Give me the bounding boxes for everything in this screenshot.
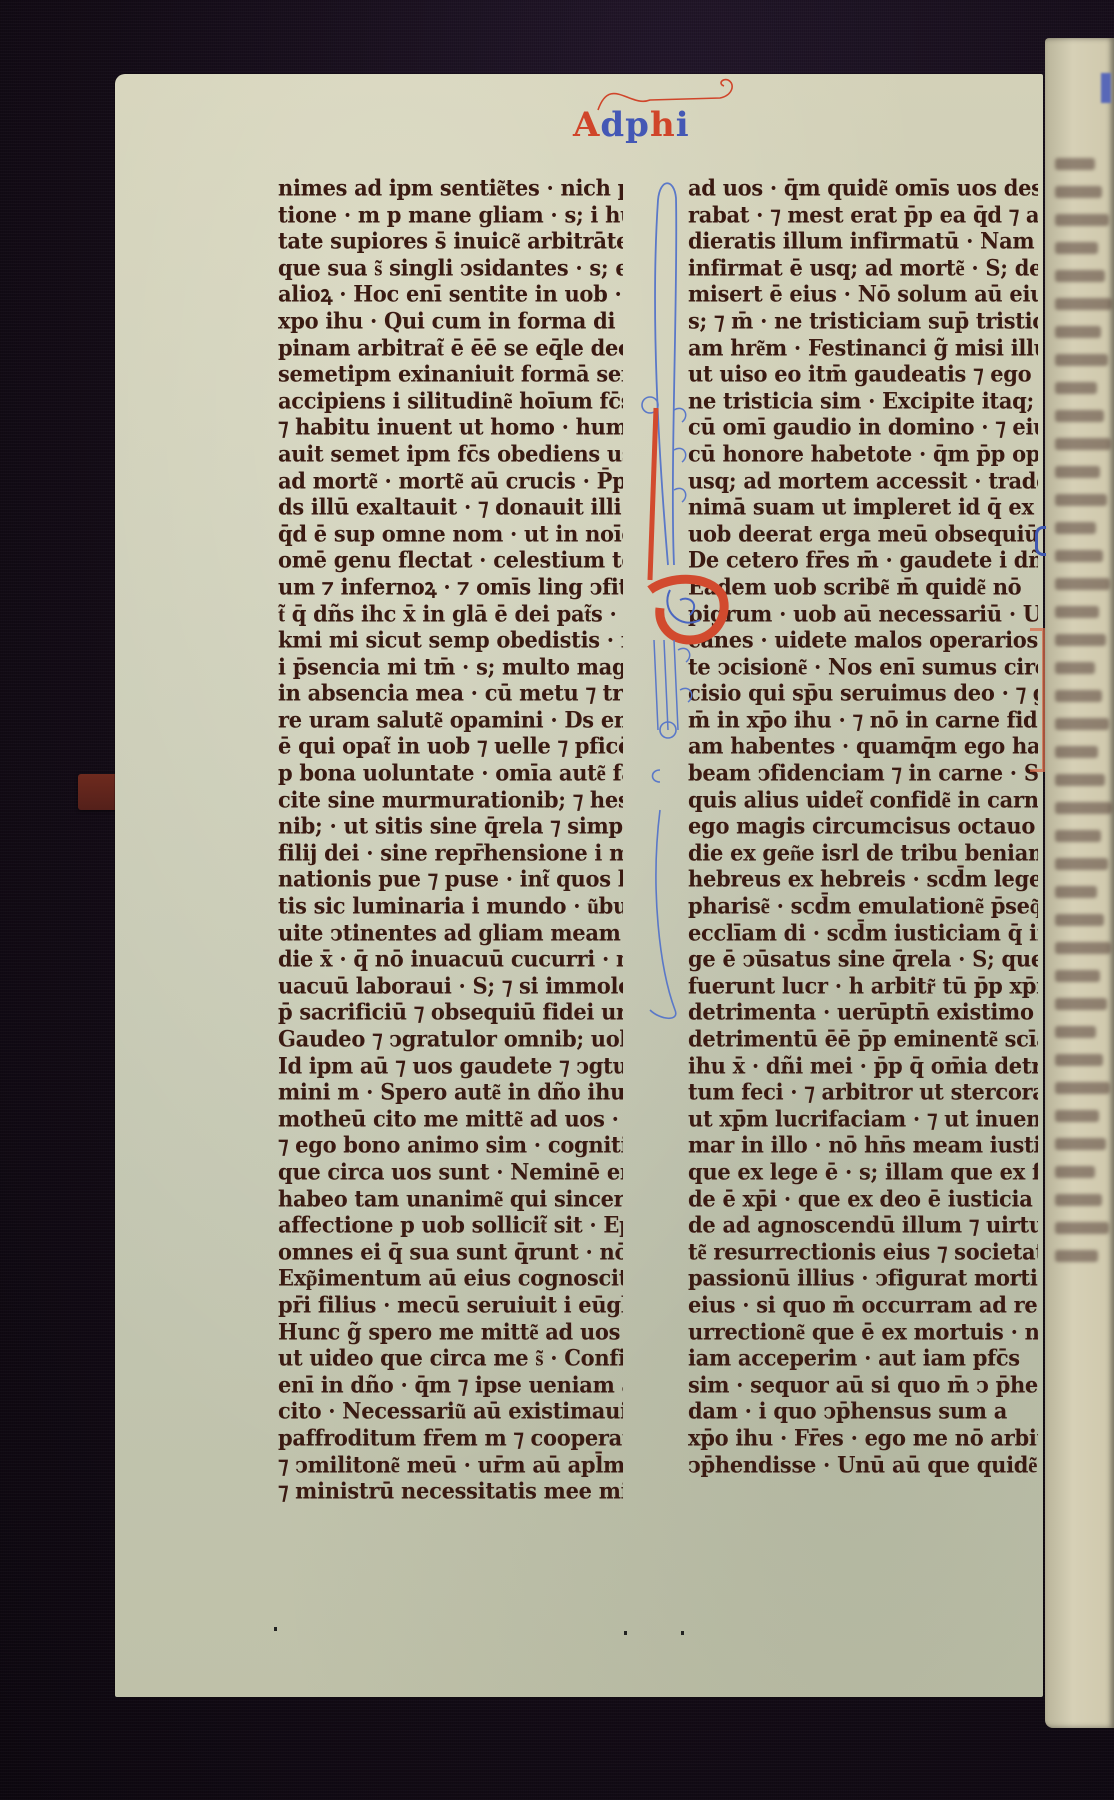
text-line: pinam arbitrat͂ ē ēē se eq̄le deo · sed — [278, 334, 623, 362]
text-line: m̄ in xp̄o ihu · ⁊ nō in carne fidu — [688, 706, 1038, 734]
header-letter: A — [573, 105, 600, 145]
facing-leaf-text-line — [1055, 494, 1107, 506]
text-line: Eadem uob scribe͂ m̄ quide͂ nō — [688, 573, 1038, 601]
text-line: in absencia mea · cū metu ⁊ tremo — [278, 679, 623, 707]
facing-leaf-text-line — [1055, 970, 1100, 982]
decorated-initial-d — [630, 170, 740, 1030]
text-line: canes · uidete malos operarios · uide — [688, 626, 1038, 654]
text-line: ē qui opat͂ in uob ⁊ uelle ⁊ pficē — [278, 733, 623, 761]
text-line: passionū illius · ↄfigurat morti — [688, 1265, 1038, 1293]
text-line: filij dei · sine repr̄hensione i medio — [278, 839, 623, 867]
text-line: i p̄sencia mi tm̄ · s; multo magis nc — [278, 653, 623, 681]
text-line: q̄d ē sup omne nom · ut in noīe ihu — [278, 520, 623, 548]
facing-leaf-text-line — [1055, 1110, 1099, 1122]
text-line: ad uos · q̄m quide͂ omīs uos deside — [688, 174, 1038, 202]
text-line: uite ↄtinentes ad gliam meam i — [278, 919, 623, 947]
text-line: detrimenta · uerūptn̄ existimo om̄a — [688, 999, 1038, 1027]
facing-leaf-text-line — [1055, 690, 1102, 702]
text-line: omē genu flectat · celestium terrest — [278, 547, 623, 575]
text-line: um ⁊ infernoꝝ · ⁊ omīs ling ↄfitea — [278, 573, 623, 601]
text-line: am habentes · quamq̄m ego ha — [688, 733, 1038, 761]
text-line: De cetero fr̄es m̄ · gaudete i dño — [688, 547, 1038, 575]
text-line: ego magis circumcisus octauo — [688, 812, 1038, 840]
text-line: re uram salute͂ opamini · Ds enī — [278, 706, 623, 734]
text-line: ⁊ ministrū necessitatis mee mitte͂ — [278, 1477, 623, 1505]
facing-leaf-text-line — [1055, 1194, 1102, 1206]
text-line: uacuū laboraui · S; ⁊ si immolor su — [278, 972, 623, 1000]
blue-paragraph-mark — [1035, 526, 1046, 556]
text-line: usq; ad mortem accessit · tradens a — [688, 467, 1038, 495]
text-line: sim · sequor aū si quo m̄ ↄ p̄he — [688, 1371, 1038, 1399]
text-line: ut uideo que circa me s͂ · Confido — [278, 1344, 623, 1372]
facing-leaf-text-line — [1055, 774, 1105, 786]
text-line: die x̄ · q̄ nō inuacuū cucurri · n; in — [278, 945, 623, 973]
text-line: de ad agnoscendū illum ⁊ uirtu — [688, 1211, 1038, 1239]
text-line: p bona uoluntate · omīa aute͂ fa — [278, 759, 623, 787]
text-line: eius · si quo m̄ occurram ad res — [688, 1291, 1038, 1319]
text-line: de ē xp̄i · que ex deo ē iusticia i fi — [688, 1185, 1038, 1213]
facing-leaf-text-line — [1055, 522, 1096, 534]
text-line: beam ↄfidenciam ⁊ in carne · Si — [688, 759, 1038, 787]
facing-leaf-text-line — [1055, 550, 1103, 562]
text-line: quis alius uidet͂ confide͂ in carne — [688, 786, 1038, 814]
header-letter: h — [650, 105, 676, 145]
text-line: iam acceperim · aut iam pfc̄s — [688, 1344, 1038, 1372]
text-line: t͂ q̄ dñs ihc x̄ in glā ē dei pat͂s · It… — [278, 600, 623, 628]
text-line: misert ē eius · Nō solum aū eius — [688, 281, 1038, 309]
text-line: ecclīam di · scd̄m iusticiam q̄ in le — [688, 919, 1038, 947]
text-line: auit semet ipm fc̄s obediens usq; — [278, 440, 623, 468]
facing-leaf-text-line — [1055, 438, 1111, 450]
text-line: cisio qui sp̄u seruimus deo · ⁊ glā — [688, 679, 1038, 707]
text-line: die ex gen͂e isrl de tribu beniamin — [688, 839, 1038, 867]
text-line: affectione p uob sollicit͂ sit · Ep — [278, 1211, 623, 1239]
facing-leaf-text-line — [1055, 662, 1095, 674]
facing-leaf-text-line — [1055, 466, 1100, 478]
text-line: fuerunt lucr · h arbitr͂ tū p̄p xp̄m — [688, 972, 1038, 1000]
facing-leaf-text-line — [1055, 214, 1109, 226]
text-line: ihu x̄ · dñi mei · p̄p q̄ om̄ia detrim͂e — [688, 1052, 1038, 1080]
text-line: hebreus ex hebreis · scd̄m legem — [688, 866, 1038, 894]
text-line: alioꝝ · Hoc enī sentite in uob · q̄ ↄ i — [278, 281, 623, 309]
prick-mark — [624, 1631, 627, 1635]
text-line: pigrum · uob aū necessariū · Uidete — [688, 600, 1038, 628]
text-line: s; ⁊ m̄ · ne tristiciam sup̄ tristici — [688, 307, 1038, 335]
text-line: tis sic luminaria i mundo · u͂bum — [278, 892, 623, 920]
facing-leaf-text-line — [1055, 242, 1098, 254]
text-line: Hunc g̃ spero me mitte͂ ad uos mox — [278, 1318, 623, 1346]
left-text-column: nimes ad ipm sentie͂tes · nich p co͂te-t… — [278, 175, 623, 1505]
text-line: nationis pue ⁊ puse · int͂ quos luce — [278, 866, 623, 894]
facing-leaf-text-line — [1055, 1222, 1109, 1234]
prick-mark — [274, 1627, 277, 1631]
text-line: Exp͂imentum aū eius cognoscite · q̄n sic — [278, 1265, 623, 1293]
text-line: ut xp̄m lucrifaciam · ⁊ ut inuenia — [688, 1105, 1038, 1133]
text-line: nimā suam ut impleret id q̄ ex — [688, 493, 1038, 521]
facing-leaf-text-line — [1055, 270, 1105, 282]
text-line: Gaudeo ⁊ ↄgratulor omnib; uob — [278, 1025, 623, 1053]
facing-leaf-text-line — [1055, 354, 1108, 366]
right-text-column: ad uos · q̄m quide͂ omīs uos desiderabat… — [688, 175, 1038, 1478]
facing-leaf-text-line — [1055, 1082, 1110, 1094]
facing-leaf-text-line — [1055, 746, 1098, 758]
text-line: tum feci · ⁊ arbitror ut stercora — [688, 1078, 1038, 1106]
text-line: nib; · ut sitis sine q̄rela ⁊ simplice͂ — [278, 812, 623, 840]
facing-leaf-text-line — [1055, 298, 1112, 310]
facing-leaf-text-line — [1055, 1138, 1106, 1150]
header-letter: p — [625, 105, 650, 145]
text-line: te ↄcisione͂ · Nos enī sumus circū — [688, 653, 1038, 681]
facing-leaf-text-line — [1055, 634, 1106, 646]
facing-leaf-text-line — [1055, 858, 1108, 870]
text-line: mar in illo · nō hn̄s meam iusticia͂ — [688, 1132, 1038, 1160]
facing-leaf-text-line — [1055, 186, 1102, 198]
header-letter: i — [676, 105, 690, 145]
text-line: semetipm exinaniuit formā serui — [278, 360, 623, 388]
text-line: ⁊ ego bono animo sim · cognitis — [278, 1132, 623, 1160]
facing-leaf-text-line — [1055, 830, 1101, 842]
facing-leaf-text-line — [1055, 718, 1109, 730]
text-line: cite sine murmurationib; ⁊ hesitatō — [278, 786, 623, 814]
text-line: urrectione͂ que ē ex mortuis · n q̄d — [688, 1318, 1038, 1346]
text-line: accipiens i silitudine͂ hoīum fc̄s · — [278, 387, 623, 415]
text-line: enī in dño · q̄m ⁊ ipse ueniam ad uos — [278, 1371, 623, 1399]
text-line: te͂ resurrectionis eius ⁊ societate͂ — [688, 1238, 1038, 1266]
facing-leaf-text-line — [1055, 1166, 1095, 1178]
text-line: pharise͂ · scd̄m emulatione͂ p̄seq͂ns — [688, 892, 1038, 920]
text-line: omnes ei q̄ sua sunt q̄runt · nō q̄ ihu … — [278, 1238, 623, 1266]
text-line: xpo ihu · Qui cum in forma di ēēt · n ra — [278, 307, 623, 335]
text-line: p̄ sacrificiū ⁊ obsequiū fidei ure · — [278, 999, 623, 1027]
facing-leaf-text-line — [1055, 158, 1095, 170]
text-line: ad morte͂ · morte͂ aū crucis · P̄p q̄ ⁊ — [278, 467, 623, 495]
text-line: que circa uos sunt · Neminē enim — [278, 1158, 623, 1186]
text-line: mini m · Spero aute͂ in dño ihu ti — [278, 1078, 623, 1106]
text-line: ne tristicia sim · Excipite itaq; illū — [688, 387, 1038, 415]
facing-leaf-text-line — [1055, 606, 1099, 618]
text-line: detrimentū ēē p̄p eminente͂ scīam — [688, 1025, 1038, 1053]
red-rubric-bracket — [1030, 628, 1045, 772]
facing-leaf-text-line — [1055, 998, 1107, 1010]
facing-leaf-text-line — [1055, 326, 1101, 338]
text-line: dam · i quo ↄp̄hensus sum a — [688, 1398, 1038, 1426]
text-line: pr̄i filius · mecū seruiuit i eūglio — [278, 1291, 623, 1319]
text-line: uob deerat erga meū obsequiū · — [688, 520, 1038, 548]
text-line: cū omī gaudio in domino · ⁊ eiusmōi — [688, 414, 1038, 442]
text-line: que sua s͂ singli ↄsidantes · s; ea q̄ — [278, 254, 623, 282]
text-line: infirmat ē usq; ad morte͂ · S; deus — [688, 254, 1038, 282]
text-line: ⁊ ↄmilitone͂ meū · ur̄m aū apl̄m — [278, 1451, 623, 1479]
text-line: rabat · ⁊ mest erat p̄p ea q̄d ⁊ au — [688, 201, 1038, 229]
text-line: que ex lege ē · s; illam que ex fi — [688, 1158, 1038, 1186]
header-letter: d — [600, 105, 625, 145]
blue-rubric-mark — [1101, 73, 1111, 103]
text-line: habeo tam unanime͂ qui sincera — [278, 1185, 623, 1213]
facing-leaf-text-line — [1055, 942, 1111, 954]
text-line: xp̄o ihu · Fr̄es · ego me nō arbitr͂ — [688, 1424, 1038, 1452]
facing-leaf-text-line — [1055, 886, 1097, 898]
text-line: motheū cito me mitte͂ ad uos · ut — [278, 1105, 623, 1133]
text-line: tione · m p mane gliam · s; i humili — [278, 201, 623, 229]
text-line: tate supiores s̄ inuice͂ arbitrātes · no — [278, 227, 623, 255]
facing-leaf-text-line — [1055, 802, 1112, 814]
text-line: dieratis illum infirmatū · Nam ⁊ — [688, 227, 1038, 255]
text-line: Id ipm aū ⁊ uos gaudete ⁊ ↄgtula — [278, 1052, 623, 1080]
facing-leaf — [1045, 38, 1114, 1728]
text-line: kmi mi sicut semp obedistis · nō ut — [278, 626, 623, 654]
text-line: cito · Necessariu͂ aū existimaui e — [278, 1398, 623, 1426]
running-header: Adphi — [573, 105, 690, 145]
text-line: am hre͂m · Festinanci g̃ misi illū — [688, 334, 1038, 362]
text-line: nimes ad ipm sentie͂tes · nich p co͂te- — [278, 174, 623, 202]
text-line: ds illū exaltauit · ⁊ donauit illi nom — [278, 493, 623, 521]
text-line: paffroditum fr̄em m ⁊ cooperatore͂ — [278, 1424, 623, 1452]
facing-leaf-text-line — [1055, 1054, 1103, 1066]
text-line: cū honore habetote · q̄m p̄p op xp̄i — [688, 440, 1038, 468]
text-line: ge ē ↄūsatus sine q̄rela · S; que m — [688, 945, 1038, 973]
facing-leaf-text-line — [1055, 410, 1104, 422]
facing-leaf-text-line — [1055, 578, 1110, 590]
facing-leaf-text-line — [1055, 1250, 1098, 1262]
prick-mark — [681, 1631, 684, 1635]
text-line: ut uiso eo itm̄ gaudeatis ⁊ ego si — [688, 360, 1038, 388]
facing-leaf-text-line — [1055, 382, 1097, 394]
facing-leaf-text-line — [1055, 914, 1104, 926]
text-line: ↄp̄hendisse · Unū aū que quide͂ — [688, 1451, 1038, 1479]
facing-leaf-text-line — [1055, 1026, 1096, 1038]
text-line: ⁊ habitu inuent ut homo · humili — [278, 414, 623, 442]
